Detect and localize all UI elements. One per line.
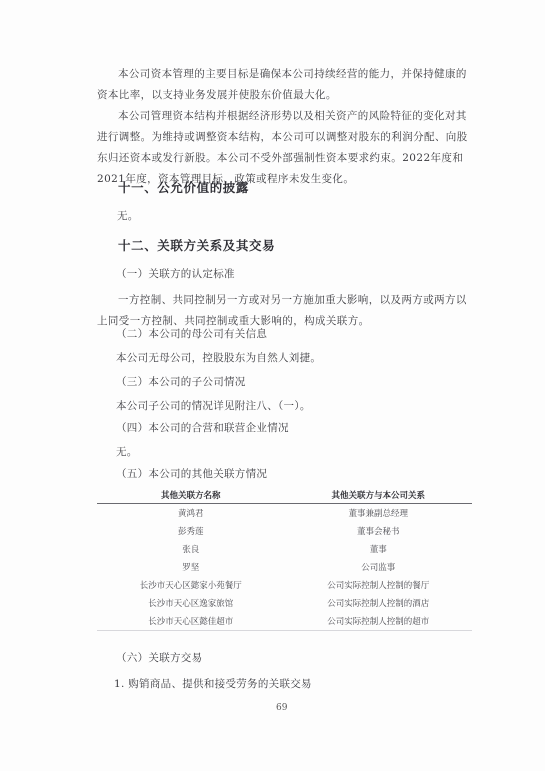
table-row: 长沙市天心区懿佳超市 公司实际控制人控制的超市 <box>97 612 472 631</box>
related-party-relationship: 公司监事 <box>285 558 473 576</box>
related-party-relationship: 董事会秘书 <box>285 522 473 540</box>
other-related-parties-table: 其他关联方名称 其他关联方与本公司关系 黄鸿君 董事兼副总经理 彭秀莲 董事会秘… <box>97 486 472 631</box>
subsection-2-heading: （二）本公司的母公司有关信息 <box>116 326 267 341</box>
related-party-relationship: 公司实际控制人控制的酒店 <box>285 594 473 612</box>
capital-management-goal-paragraph: 本公司资本管理的主要目标是确保本公司持续经营的能力，并保持健康的资本比率，以支持… <box>97 64 475 106</box>
table-header-row: 其他关联方名称 其他关联方与本公司关系 <box>97 486 472 504</box>
subsection-5-heading: （五）本公司的其他关联方情况 <box>116 466 267 481</box>
table-row: 罗坚 公司监事 <box>97 558 472 576</box>
subsection-3-heading: （三）本公司的子公司情况 <box>116 374 246 389</box>
subsection-6-item-1: 1. 购销商品、提供和接受劳务的关联交易 <box>114 676 312 691</box>
related-party-relationship: 董事兼副总经理 <box>285 504 473 523</box>
table-row: 长沙市天心区懿家小苑餐厅 公司实际控制人控制的餐厅 <box>97 576 472 594</box>
table-row: 张良 董事 <box>97 540 472 558</box>
subsection-3-body: 本公司子公司的情况详见附注八、（一）。 <box>116 398 311 413</box>
related-party-name: 长沙市天心区懿家小苑餐厅 <box>97 576 285 594</box>
subsection-2-body: 本公司无母公司，控股股东为自然人刘捷。 <box>116 350 321 365</box>
related-party-relationship: 公司实际控制人控制的餐厅 <box>285 576 473 594</box>
page-number: 69 <box>276 703 287 713</box>
subsection-4-heading: （四）本公司的合营和联营企业情况 <box>116 420 289 435</box>
section-11-body: 无。 <box>117 208 139 223</box>
subsection-6-heading: （六）关联方交易 <box>116 650 202 665</box>
related-party-name: 罗坚 <box>97 558 285 576</box>
related-party-name: 黄鸿君 <box>97 504 285 523</box>
section-11-heading: 十一、公允价值的披露 <box>118 178 249 196</box>
subsection-1-heading: （一）关联方的认定标准 <box>116 266 235 281</box>
related-party-name: 长沙市天心区逸家旅馆 <box>97 594 285 612</box>
section-12-heading: 十二、关联方关系及其交易 <box>118 236 275 254</box>
column-header-name: 其他关联方名称 <box>97 486 285 504</box>
subsection-4-body: 无。 <box>116 444 138 459</box>
table-row: 长沙市天心区逸家旅馆 公司实际控制人控制的酒店 <box>97 594 472 612</box>
related-party-relationship: 公司实际控制人控制的超市 <box>285 612 473 631</box>
related-party-name: 彭秀莲 <box>97 522 285 540</box>
table-row: 彭秀莲 董事会秘书 <box>97 522 472 540</box>
related-party-name: 张良 <box>97 540 285 558</box>
table-row: 黄鸿君 董事兼副总经理 <box>97 504 472 523</box>
column-header-relationship: 其他关联方与本公司关系 <box>285 486 473 504</box>
related-party-relationship: 董事 <box>285 540 473 558</box>
related-party-name: 长沙市天心区懿佳超市 <box>97 612 285 631</box>
